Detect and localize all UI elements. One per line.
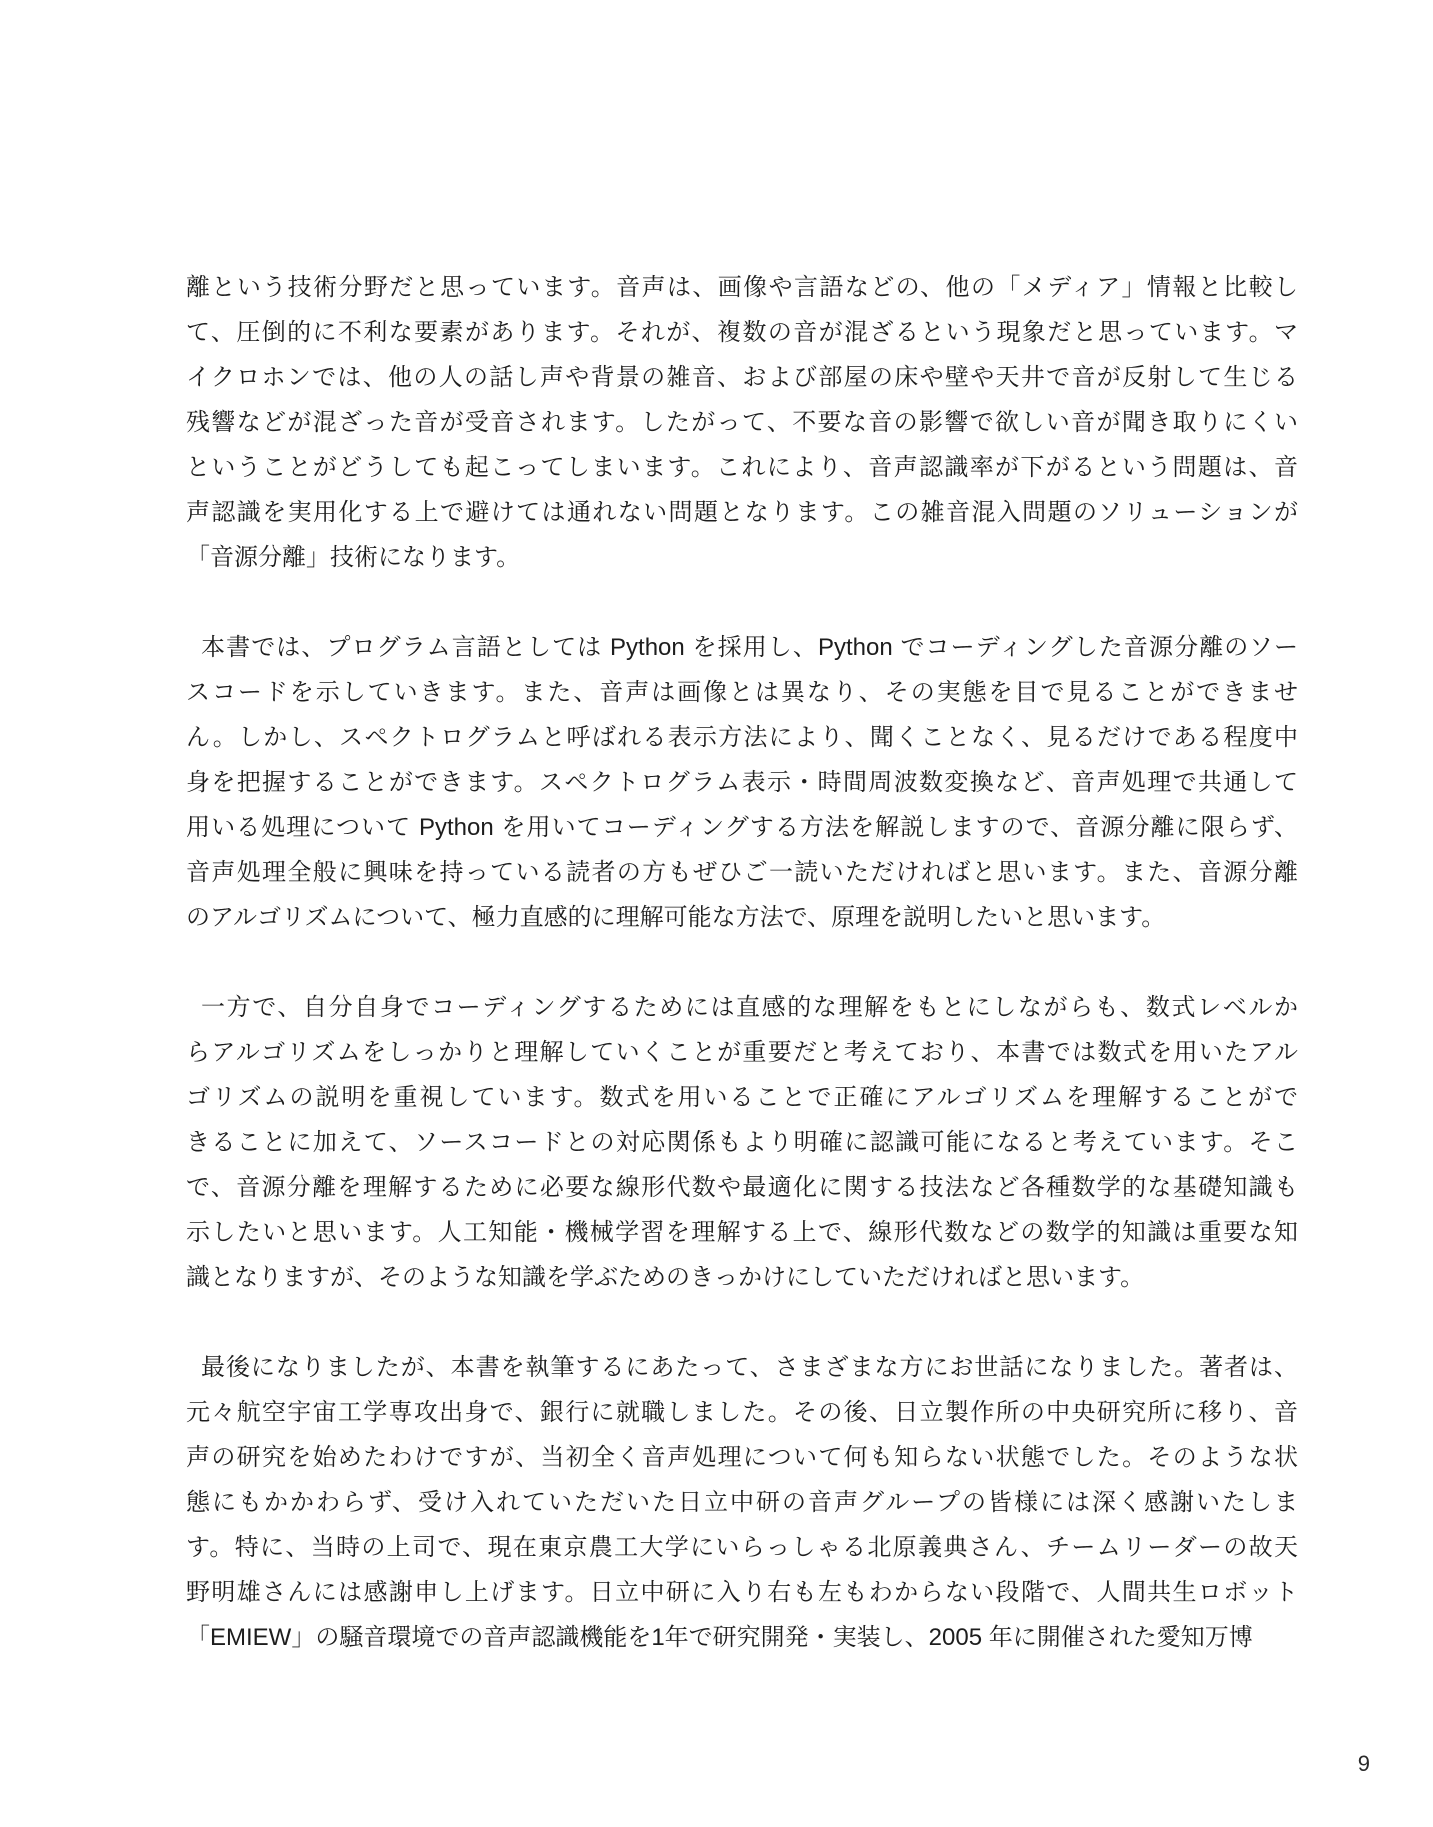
text-line: イクロホンでは、他の人の話し声や背景の雑音、および部屋の床や壁や天井で音が反射し… <box>186 355 1298 400</box>
book-page: 離という技術分野だと思っています。音声は、画像や言語などの、他の「メディア」情報… <box>0 0 1433 1827</box>
text-line: 声認識を実用化する上で避けては通れない問題となります。この雑音混入問題のソリュー… <box>186 490 1298 535</box>
text-line: 本書では、プログラム言語としては Python を採用し、Python でコーデ… <box>186 625 1298 670</box>
text-line: 離という技術分野だと思っています。音声は、画像や言語などの、他の「メディア」情報… <box>186 265 1298 310</box>
text-line: 示したいと思います。人工知能・機械学習を理解する上で、線形代数などの数学的知識は… <box>186 1210 1298 1255</box>
text-line: で、音源分離を理解するために必要な線形代数や最適化に関する技法など各種数学的な基… <box>186 1165 1298 1210</box>
text-line: 声の研究を始めたわけですが、当初全く音声処理について何も知らない状態でした。その… <box>186 1435 1298 1480</box>
text-line: 最後になりましたが、本書を執筆するにあたって、さまざまな方にお世話になりました。… <box>186 1345 1298 1390</box>
text-line: 「音源分離」技術になります。 <box>186 535 1298 580</box>
text-line: 残響などが混ざった音が受音されます。したがって、不要な音の影響で欲しい音が聞き取… <box>186 400 1298 445</box>
text-line: らアルゴリズムをしっかりと理解していくことが重要だと考えており、本書では数式を用… <box>186 1030 1298 1075</box>
text-line: 音声処理全般に興味を持っている読者の方もぜひご一読いただければと思います。また、… <box>186 850 1298 895</box>
paragraph: 一方で、自分自身でコーディングするためには直感的な理解をもとにしながらも、数式レ… <box>186 985 1298 1300</box>
text-line: 用いる処理について Python を用いてコーディングする方法を解説しますので、… <box>186 805 1298 850</box>
text-line: 元々航空宇宙工学専攻出身で、銀行に就職しました。その後、日立製作所の中央研究所に… <box>186 1390 1298 1435</box>
text-line: ゴリズムの説明を重視しています。数式を用いることで正確にアルゴリズムを理解するこ… <box>186 1075 1298 1120</box>
paragraph: 離という技術分野だと思っています。音声は、画像や言語などの、他の「メディア」情報… <box>186 265 1298 580</box>
text-line: のアルゴリズムについて、極力直感的に理解可能な方法で、原理を説明したいと思います… <box>186 895 1298 940</box>
text-line: ん。しかし、スペクトログラムと呼ばれる表示方法により、聞くことなく、見るだけであ… <box>186 715 1298 760</box>
text-line: 一方で、自分自身でコーディングするためには直感的な理解をもとにしながらも、数式レ… <box>186 985 1298 1030</box>
text-line: ということがどうしても起こってしまいます。これにより、音声認識率が下がるという問… <box>186 445 1298 490</box>
text-line: て、圧倒的に不利な要素があります。それが、複数の音が混ざるという現象だと思ってい… <box>186 310 1298 355</box>
text-line: スコードを示していきます。また、音声は画像とは異なり、その実態を目で見ることがで… <box>186 670 1298 715</box>
text-line: 野明雄さんには感謝申し上げます。日立中研に入り右も左もわからない段階で、人間共生… <box>186 1570 1298 1615</box>
paragraph: 最後になりましたが、本書を執筆するにあたって、さまざまな方にお世話になりました。… <box>186 1345 1298 1660</box>
paragraph: 本書では、プログラム言語としては Python を採用し、Python でコーデ… <box>186 625 1298 940</box>
text-line: 「EMIEW」の騒音環境での音声認識機能を1年で研究開発・実装し、2005 年に… <box>186 1615 1298 1660</box>
text-line: 身を把握することができます。スペクトログラム表示・時間周波数変換など、音声処理で… <box>186 760 1298 805</box>
page-number: 9 <box>1320 1750 1370 1778</box>
body-text: 離という技術分野だと思っています。音声は、画像や言語などの、他の「メディア」情報… <box>186 265 1298 1660</box>
text-line: 態にもかかわらず、受け入れていただいた日立中研の音声グループの皆様には深く感謝い… <box>186 1480 1298 1525</box>
text-line: 識となりますが、そのような知識を学ぶためのきっかけにしていただければと思います。 <box>186 1255 1298 1300</box>
text-line: きることに加えて、ソースコードとの対応関係もより明確に認識可能になると考えていま… <box>186 1120 1298 1165</box>
text-line: す。特に、当時の上司で、現在東京農工大学にいらっしゃる北原義典さん、チームリーダ… <box>186 1525 1298 1570</box>
